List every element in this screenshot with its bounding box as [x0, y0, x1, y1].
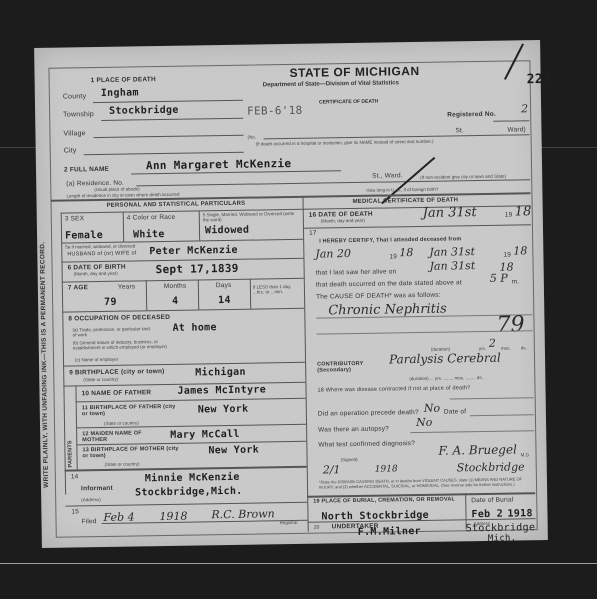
mother-birthplace-label: 13 BIRTHPLACE OF MOTHER (city or town): [82, 446, 182, 460]
death-year-prefix: 19: [505, 212, 513, 219]
father-birthplace-label: 11 BIRTHPLACE OF FATHER (city or town): [82, 404, 182, 418]
residence-note: (Usual place of abode): [94, 186, 139, 192]
birthplace-value: Michigan: [195, 367, 246, 379]
sex-value: Female: [65, 230, 103, 242]
informant-value: Minnie McKenzie: [145, 472, 240, 484]
margin-note: WRITE PLAINLY, WITH UNFADING INK—THIS IS…: [39, 242, 50, 488]
st-ward-label: St., Ward.: [372, 172, 403, 179]
age-years-value: 79: [104, 297, 117, 308]
operation-date-label: Date of: [444, 408, 466, 415]
county-label: County: [63, 93, 86, 100]
m-label: m.: [512, 278, 520, 285]
received-stamp: FEB-6'18: [247, 104, 303, 118]
time-of-death: 5 P: [490, 272, 508, 285]
undertaker-value: F.M.Milner: [358, 526, 421, 538]
spouse-value: Peter McKenzie: [149, 245, 238, 257]
occupation-a-label: (a) Trade, profession, or particular kin…: [72, 326, 152, 337]
dob-value: Sept 17,1839: [155, 262, 238, 276]
duration-ds-label: ds.: [521, 345, 527, 350]
informant-label: Informant: [81, 485, 113, 492]
certify-number: 17: [309, 230, 317, 237]
street-label: St.: [455, 127, 464, 134]
township-label: Township: [63, 111, 94, 118]
marital-status-label: 5 Single, Married, Widowed or Divorced (…: [203, 211, 299, 223]
informant-number: 14: [71, 473, 79, 480]
sex-label: 3 SEX: [65, 215, 85, 222]
test-question: What test confirmed diagnosis?: [318, 440, 415, 449]
registered-no-label: Registered No.: [447, 111, 496, 119]
mother-birthplace-note: (State or country): [105, 461, 140, 467]
signed-label: (Signed): [341, 457, 358, 462]
birthplace-note: (State or country): [83, 377, 118, 383]
occupation-value: At home: [172, 322, 216, 334]
ward-label: Ward): [507, 126, 526, 133]
date-of-death-value: Jan 31st: [423, 205, 477, 221]
father-name-label: 10 NAME OF FATHER: [81, 389, 151, 397]
attended-from-year-label: 19: [389, 253, 397, 260]
attended-to: Jan 31st: [429, 245, 475, 259]
registered-no: 2: [521, 102, 528, 115]
autopsy-answer: No: [416, 416, 432, 429]
undertaker-address-line1: Stockbridge: [466, 522, 536, 534]
race-label: 4 Color or Race: [127, 214, 176, 222]
parents-label: PARENTS: [67, 440, 73, 467]
contributory-value: Paralysis Cerebral: [389, 351, 501, 367]
death-year: 18: [515, 204, 532, 219]
burial-date-label: Date of Burial: [471, 497, 513, 505]
marital-status-value: Widowed: [205, 225, 249, 237]
township-value: Stockbridge: [109, 105, 179, 117]
duration-months: 2: [489, 337, 496, 350]
race-value: White: [133, 229, 165, 240]
state-title: STATE OF MICHIGAN: [289, 64, 419, 80]
age-less-label: If LESS than 1 day, ...hrs. or ...min.: [253, 284, 301, 295]
attended-from-year: 18: [399, 246, 413, 259]
father-birthplace-value: New York: [198, 404, 249, 416]
last-saw-text: that I last saw her alive on: [316, 268, 397, 276]
age-months-value: 4: [172, 296, 179, 307]
full-name-value: Ann Margaret McKenzie: [146, 157, 292, 172]
attended-to-year: 18: [513, 244, 527, 257]
age-days-value: 14: [218, 295, 231, 306]
physician-signature: F. A. Bruegel: [438, 442, 517, 457]
physician-address: Stockbridge: [457, 460, 525, 474]
attended-to-year-label: 19: [503, 252, 511, 259]
mother-name-value: Mary McCall: [170, 429, 240, 441]
father-birthplace-note: (State or country): [104, 420, 139, 426]
mother-name-label: 12 MAIDEN NAME OF MOTHER: [82, 430, 152, 443]
duration-mos-label: mos.: [501, 346, 511, 351]
spouse-label: HUSBAND of (or) WIFE of: [67, 250, 136, 257]
age-days-label: Days: [216, 282, 232, 289]
signed-year: 1918: [375, 464, 398, 474]
father-name-value: James McIntyre: [177, 384, 266, 396]
birthplace-label: 9 BIRTHPLACE (city or town): [69, 368, 164, 376]
village-label: Village: [63, 130, 85, 137]
age-years-label: Years: [118, 283, 135, 290]
city-label: City: [64, 147, 77, 154]
occupation-c-label: (c) Name of employer: [75, 357, 118, 363]
scan-artifact-line: [0, 563, 597, 564]
age-label: 7 AGE: [68, 284, 88, 291]
informant-address-value: Stockbridge,Mich.: [135, 486, 243, 499]
filed-number: 15: [71, 508, 79, 515]
cause-annotation: 79: [496, 312, 524, 337]
death-certificate: WRITE PLAINLY, WITH UNFADING INK—THIS IS…: [34, 40, 548, 548]
undertaker-number: 20: [314, 525, 320, 531]
signed-date: 2/1: [323, 463, 341, 476]
md-label: M.D.: [521, 452, 531, 457]
contributory-label: CONTRIBUTORY (Secondary): [317, 361, 379, 374]
county-value: Ingham: [101, 87, 139, 99]
autopsy-question: Was there an autopsy?: [318, 425, 389, 433]
full-name-label: 2 FULL NAME: [64, 166, 109, 174]
age-months-label: Months: [164, 283, 187, 290]
dob-note: (Month, day and year): [74, 271, 118, 277]
place-of-death-label: 1 PLACE OF DEATH: [91, 76, 156, 84]
mother-birthplace-value: New York: [208, 445, 259, 457]
date-of-death-note: (Month, day and year): [321, 218, 365, 224]
no-label: (No.: [247, 135, 256, 140]
certificate-title: CERTIFICATE OF DEATH: [319, 99, 378, 106]
attended-from: Jan 20: [315, 247, 351, 261]
file-number: 223: [527, 72, 552, 87]
registrar-signature: R.C. Brown: [211, 507, 274, 521]
informant-address-label: (Address): [81, 497, 101, 502]
filed-label: Filed: [81, 518, 96, 525]
occupation-b-label: (b) General nature of industry, business…: [73, 339, 173, 351]
undertaker-address-line2: Mich.: [488, 533, 517, 543]
last-saw-date: Jan 31st: [429, 259, 475, 273]
operation-answer: No: [424, 402, 440, 415]
